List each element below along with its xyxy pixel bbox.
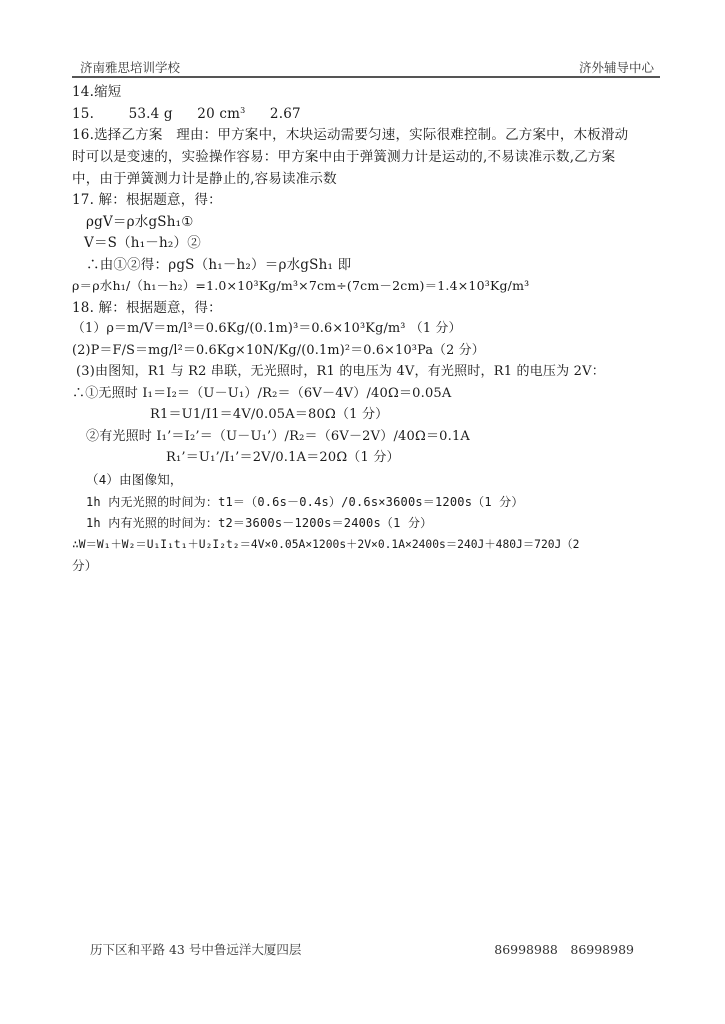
answer-q17-eq3: ∴由①②得：ρgS（h₁－h₂）＝ρ水gSh₁ 即 — [86, 256, 351, 274]
page-header: 济南雅思培训学校 济外辅导中心 — [72, 56, 660, 76]
answer-q18-part3-no-light: ∴①无照时 I₁＝I₂＝（U－U₁）/R₂＝（6V－4V）/40Ω＝0.05A — [72, 385, 451, 403]
answer-q18-part5-cont: 分） — [72, 557, 97, 575]
answer-q18-part1: （1）ρ＝m/V＝m/l³＝0.6Kg/(0.1m)³＝0.6×10³Kg/m³… — [72, 320, 462, 338]
answer-q18-part3: (3)由图知，R1 与 R2 串联，无光照时，R1 的电压为 4V，有光照时，R… — [76, 363, 605, 381]
answer-q17-intro: 17. 解：根据题意，得： — [72, 191, 222, 209]
q15-mass: 53.4 g — [129, 106, 173, 122]
answer-q18-part4-t2: 1h 内有光照的时间为：t2＝3600s－1200s＝2400s（1 分） — [86, 514, 432, 532]
school-name: 济南雅思培训学校 — [80, 58, 180, 76]
answer-q17-eq1: ρgV＝ρ水gSh₁① — [86, 213, 194, 231]
answer-q16-line3: 中，由于弹簧测力计是静止的,容易读准示数 — [72, 170, 337, 188]
footer-address: 历下区和平路 43 号中鲁远洋大厦四层 — [90, 940, 301, 958]
answer-q15: 15. 53.4 g 20 cm3 2.67 — [72, 105, 301, 123]
answer-q18-part3-r1: R1＝U1/I1＝4V/0.05A＝80Ω（1 分） — [150, 406, 388, 424]
header-divider — [72, 76, 660, 78]
answer-q18-part4-t1: 1h 内无光照的时间为：t1＝（0.6s－0.4s）/0.6s×3600s＝12… — [86, 493, 524, 511]
answer-q17-eq4: ρ＝ρ水h₁/（h₁－h₂）=1.0×10³Kg/m³×7cm÷(7cm－2cm… — [72, 277, 529, 295]
q15-number: 15. — [72, 106, 94, 122]
center-name: 济外辅导中心 — [579, 58, 654, 76]
answer-q16-line1: 16.选择乙方案 理由：甲方案中，木块运动需要匀速，实际很难控制。乙方案中，木板… — [72, 126, 628, 144]
answer-q18-part5: ∴W＝W₁＋W₂＝U₁I₁t₁＋U₂I₂t₂＝4V×0.05A×1200s＋2V… — [72, 536, 579, 554]
answer-q18-part2: (2)P＝F/S＝mg/l²＝0.6Kg×10N/Kg/(0.1m)²＝0.6×… — [72, 342, 485, 360]
answer-q18-part4: （4）由图像知， — [86, 471, 183, 489]
answer-q18-intro: 18. 解：根据题意，得： — [72, 299, 222, 317]
footer-phones: 86998988 86998989 — [494, 940, 634, 958]
answer-q17-eq2: V＝S（h₁－h₂）② — [84, 234, 201, 252]
page-footer: 历下区和平路 43 号中鲁远洋大厦四层 86998988 86998989 — [72, 940, 662, 960]
q15-density: 2.67 — [270, 106, 301, 122]
q15-volume: 20 cm3 — [197, 106, 245, 122]
answer-q14: 14.缩短 — [72, 83, 121, 101]
answer-q18-part3-light: ②有光照时 I₁’＝I₂’＝（U－U₁’）/R₂＝（6V－2V）/40Ω＝0.1… — [86, 428, 470, 446]
answer-q16-line2: 时可以是变速的，实验操作容易：甲方案中由于弹簧测力计是运动的,不易读准示数,乙方… — [72, 148, 615, 166]
answer-q18-part3-r1-light: R₁’＝U₁’/I₁’＝2V/0.1A＝20Ω（1 分） — [166, 449, 400, 467]
